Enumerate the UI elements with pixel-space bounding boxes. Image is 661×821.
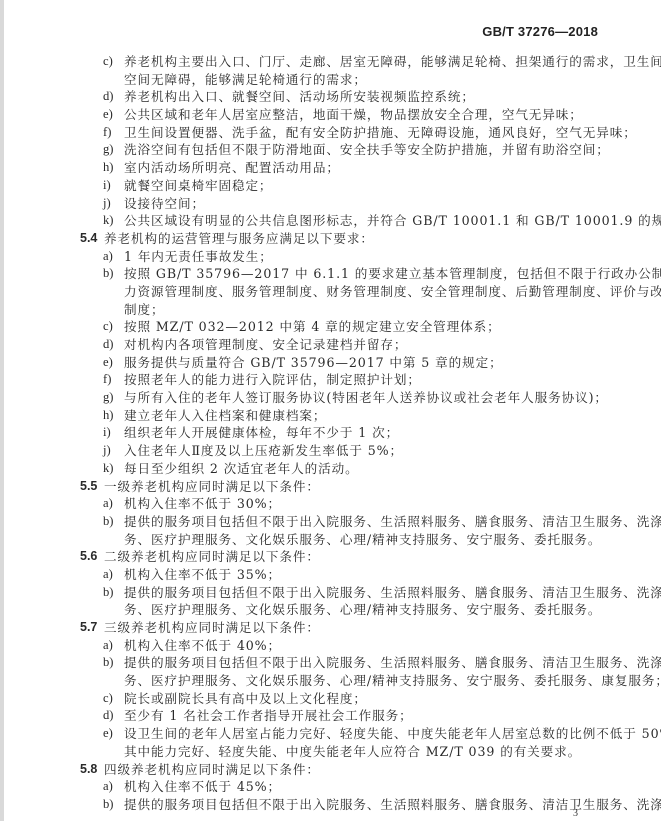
section-number: 5.4: [80, 230, 97, 248]
item-label: c): [103, 690, 113, 708]
item-text: 按照老年人的能力进行入院评估，制定照护计划；: [124, 371, 421, 389]
item-text: 至少有 1 名社会工作者指导开展社会工作服务；: [124, 707, 413, 725]
item-text: 就餐空间桌椅牢固稳定；: [124, 177, 272, 195]
item-label: d): [103, 707, 114, 725]
list-item-e: e) 服务提供与质量符合 GB/T 35796—2017 中第 5 章的规定；: [0, 354, 661, 372]
item-text: 院长或副院长具有高中及以上文化程度；: [124, 690, 367, 708]
item-text: 提供的服务项目包括但不限于出入院服务、生活照料服务、膳食服务、清洁卫生服务、洗涤…: [124, 654, 661, 672]
item-label: h): [103, 159, 114, 177]
item-text: 养老机构主要出入口、门厅、走廊、居室无障碍，能够满足轮椅、担架通行的需求，卫生间…: [124, 53, 661, 71]
section-title: 三级养老机构应同时满足以下条件：: [104, 619, 320, 637]
item-text: 设卫生间的老年人居室占能力完好、轻度失能、中度失能老年人居室总数的比例不低于 5…: [124, 725, 661, 743]
item-label: b): [103, 654, 114, 672]
item-text: 设接待空间；: [124, 195, 205, 213]
list-item-continuation: 力资源管理制度、服务管理制度、财务管理制度、安全管理制度、后勤管理制度、评价与改…: [0, 283, 661, 301]
item-text: 机构入住率不低于 35%；: [124, 566, 281, 584]
list-item-continuation: 务、医疗护理服务、文化娱乐服务、心理/精神支持服务、安宁服务、委托服务。: [0, 601, 661, 619]
list-item-f: f) 卫生间设置便器、洗手盆，配有安全防护措施、无障碍设施，通风良好，空气无异味…: [0, 124, 661, 142]
item-label: b): [103, 265, 114, 283]
item-label: c): [103, 53, 113, 71]
section-number: 5.7: [80, 619, 97, 637]
list-item-i: i) 就餐空间桌椅牢固稳定；: [0, 177, 661, 195]
list-item-b: b) 提供的服务项目包括但不限于出入院服务、生活照料服务、膳食服务、清洁卫生服务…: [0, 654, 661, 672]
list-item-a: a) 机构入住率不低于 35%；: [0, 566, 661, 584]
item-label: a): [103, 778, 113, 796]
list-item-h: h) 室内活动场所明亮、配置活动用品；: [0, 159, 661, 177]
list-item-continuation: 务、医疗护理服务、文化娱乐服务、心理/精神支持服务、安宁服务、委托服务。: [0, 531, 661, 549]
item-text: 建立老年人入住档案和健康档案；: [124, 407, 326, 425]
item-label: a): [103, 637, 113, 655]
list-item-k: k) 每日至少组织 2 次适宜老年人的活动。: [0, 460, 661, 478]
section-5-6-heading: 5.6 二级养老机构应同时满足以下条件：: [0, 548, 661, 566]
section-number: 5.8: [80, 761, 97, 779]
item-text: 机构入住率不低于 45%；: [124, 778, 281, 796]
list-item-e: e) 设卫生间的老年人居室占能力完好、轻度失能、中度失能老年人居室总数的比例不低…: [0, 725, 661, 743]
item-label: e): [103, 106, 113, 124]
item-label: d): [103, 336, 114, 354]
item-text: 机构入住率不低于 30%；: [124, 495, 281, 513]
item-text: 室内活动场所明亮、配置活动用品；: [124, 159, 340, 177]
list-item-d: d) 至少有 1 名社会工作者指导开展社会工作服务；: [0, 707, 661, 725]
item-label: c): [103, 318, 113, 336]
item-text: 空间无障碍，能够满足轮椅通行的需求；: [124, 71, 367, 89]
item-text: 服务提供与质量符合 GB/T 35796—2017 中第 5 章的规定；: [124, 354, 503, 372]
item-text: 公共区域和老年人居室应整洁，地面干燥，物品摆放安全合理，空气无异味；: [124, 106, 583, 124]
item-text: 机构入住率不低于 40%；: [124, 637, 281, 655]
item-label: a): [103, 566, 113, 584]
item-text: 务、医疗护理服务、文化娱乐服务、心理/精神支持服务、安宁服务、委托服务、康复服务…: [124, 672, 661, 690]
item-label: k): [103, 212, 114, 230]
list-item-c: c) 按照 MZ/T 032—2012 中第 4 章的规定建立安全管理体系；: [0, 318, 661, 336]
list-item-a: a) 机构入住率不低于 45%；: [0, 778, 661, 796]
item-text: 对机构内各项管理制度、安全记录建档并留存；: [124, 336, 407, 354]
item-label: k): [103, 460, 114, 478]
list-item-a: a) 机构入住率不低于 30%；: [0, 495, 661, 513]
section-number: 5.5: [80, 478, 97, 496]
list-item-g: g) 与所有入住的老年人签订服务协议(特困老年人送养协议或社会老年人服务协议)；: [0, 389, 661, 407]
list-item-b: b) 提供的服务项目包括但不限于出入院服务、生活照料服务、膳食服务、清洁卫生服务…: [0, 584, 661, 602]
item-text: 1 年内无责任事故发生；: [124, 248, 273, 266]
item-text: 务、医疗护理服务、文化娱乐服务、心理/精神支持服务、安宁服务、委托服务。: [124, 601, 601, 619]
item-text: 入住老年人Ⅱ度及以上压疮新发生率低于 5%；: [124, 442, 403, 460]
section-title: 二级养老机构应同时满足以下条件：: [104, 548, 320, 566]
item-text: 每日至少组织 2 次适宜老年人的活动。: [124, 460, 359, 478]
item-label: a): [103, 495, 113, 513]
section-5-7-heading: 5.7 三级养老机构应同时满足以下条件：: [0, 619, 661, 637]
item-text: 提供的服务项目包括但不限于出入院服务、生活照料服务、膳食服务、清洁卫生服务、洗涤…: [124, 796, 661, 814]
item-label: b): [103, 584, 114, 602]
item-label: i): [103, 424, 111, 442]
item-label: b): [103, 796, 114, 814]
item-text: 养老机构出入口、就餐空间、活动场所安装视频监控系统；: [124, 88, 475, 106]
standard-code-header: GB/T 37276—2018: [482, 24, 598, 39]
item-label: i): [103, 177, 111, 195]
list-item-j: j) 入住老年人Ⅱ度及以上压疮新发生率低于 5%；: [0, 442, 661, 460]
item-label: f): [103, 124, 111, 142]
section-number: 5.6: [80, 548, 97, 566]
item-text: 提供的服务项目包括但不限于出入院服务、生活照料服务、膳食服务、清洁卫生服务、洗涤…: [124, 584, 661, 602]
list-item-a: a) 1 年内无责任事故发生；: [0, 248, 661, 266]
list-item-b: b) 按照 GB/T 35796—2017 中 6.1.1 的要求建立基本管理制…: [0, 265, 661, 283]
item-text: 制度；: [124, 301, 164, 319]
item-label: h): [103, 407, 114, 425]
list-item-d: d) 对机构内各项管理制度、安全记录建档并留存；: [0, 336, 661, 354]
list-item-c: c) 养老机构主要出入口、门厅、走廊、居室无障碍，能够满足轮椅、担架通行的需求，…: [0, 53, 661, 71]
document-body: c) 养老机构主要出入口、门厅、走廊、居室无障碍，能够满足轮椅、担架通行的需求，…: [0, 53, 661, 814]
list-item-continuation: 其中能力完好、轻度失能、中度失能老年人应符合 MZ/T 039 的有关要求。: [0, 743, 661, 761]
item-text: 其中能力完好、轻度失能、中度失能老年人应符合 MZ/T 039 的有关要求。: [124, 743, 581, 761]
list-item-j: j) 设接待空间；: [0, 195, 661, 213]
list-item-continuation: 制度；: [0, 301, 661, 319]
item-label: j): [103, 442, 111, 460]
item-label: g): [103, 141, 114, 159]
list-item-b: b) 提供的服务项目包括但不限于出入院服务、生活照料服务、膳食服务、清洁卫生服务…: [0, 796, 661, 814]
list-item-a: a) 机构入住率不低于 40%；: [0, 637, 661, 655]
list-item-h: h) 建立老年人入住档案和健康档案；: [0, 407, 661, 425]
list-item-g: g) 洗浴空间有包括但不限于防滑地面、安全扶手等安全防护措施，并留有助浴空间；: [0, 141, 661, 159]
item-label: j): [103, 195, 111, 213]
item-label: f): [103, 371, 111, 389]
item-text: 组织老年人开展健康体检，每年不少于 1 次；: [124, 424, 399, 442]
item-text: 公共区域设有明显的公共信息图形标志，并符合 GB/T 10001.1 和 GB/…: [124, 212, 661, 230]
section-5-4-heading: 5.4 养老机构的运营管理与服务应满足以下要求：: [0, 230, 661, 248]
item-label: a): [103, 248, 113, 266]
list-item-k: k) 公共区域设有明显的公共信息图形标志，并符合 GB/T 10001.1 和 …: [0, 212, 661, 230]
item-text: 务、医疗护理服务、文化娱乐服务、心理/精神支持服务、安宁服务、委托服务。: [124, 531, 601, 549]
item-label: b): [103, 513, 114, 531]
list-item-b: b) 提供的服务项目包括但不限于出入院服务、生活照料服务、膳食服务、清洁卫生服务…: [0, 513, 661, 531]
section-5-8-heading: 5.8 四级养老机构应同时满足以下条件：: [0, 761, 661, 779]
section-5-5-heading: 5.5 一级养老机构应同时满足以下条件：: [0, 478, 661, 496]
item-text: 与所有入住的老年人签订服务协议(特困老年人送养协议或社会老年人服务协议)；: [124, 389, 608, 407]
list-item-i: i) 组织老年人开展健康体检，每年不少于 1 次；: [0, 424, 661, 442]
item-text: 按照 GB/T 35796—2017 中 6.1.1 的要求建立基本管理制度，包…: [124, 265, 661, 283]
section-title: 四级养老机构应同时满足以下条件：: [104, 761, 320, 779]
list-item-continuation: 务、医疗护理服务、文化娱乐服务、心理/精神支持服务、安宁服务、委托服务、康复服务…: [0, 672, 661, 690]
list-item-e: e) 公共区域和老年人居室应整洁，地面干燥，物品摆放安全合理，空气无异味；: [0, 106, 661, 124]
item-label: e): [103, 725, 113, 743]
section-title: 一级养老机构应同时满足以下条件：: [104, 478, 320, 496]
list-item-d: d) 养老机构出入口、就餐空间、活动场所安装视频监控系统；: [0, 88, 661, 106]
item-text: 力资源管理制度、服务管理制度、财务管理制度、安全管理制度、后勤管理制度、评价与改…: [124, 283, 661, 301]
page-number: 3: [573, 808, 578, 819]
list-item-c: c) 院长或副院长具有高中及以上文化程度；: [0, 690, 661, 708]
list-item-f: f) 按照老年人的能力进行入院评估，制定照护计划；: [0, 371, 661, 389]
item-text: 按照 MZ/T 032—2012 中第 4 章的规定建立安全管理体系；: [124, 318, 501, 336]
item-label: e): [103, 354, 113, 372]
item-label: d): [103, 88, 114, 106]
item-text: 提供的服务项目包括但不限于出入院服务、生活照料服务、膳食服务、清洁卫生服务、洗涤…: [124, 513, 661, 531]
section-title: 养老机构的运营管理与服务应满足以下要求：: [104, 230, 374, 248]
item-label: g): [103, 389, 114, 407]
item-text: 洗浴空间有包括但不限于防滑地面、安全扶手等安全防护措施，并留有助浴空间；: [124, 141, 610, 159]
item-text: 卫生间设置便器、洗手盆，配有安全防护措施、无障碍设施，通风良好，空气无异味；: [124, 124, 637, 142]
list-item-continuation: 空间无障碍，能够满足轮椅通行的需求；: [0, 71, 661, 89]
